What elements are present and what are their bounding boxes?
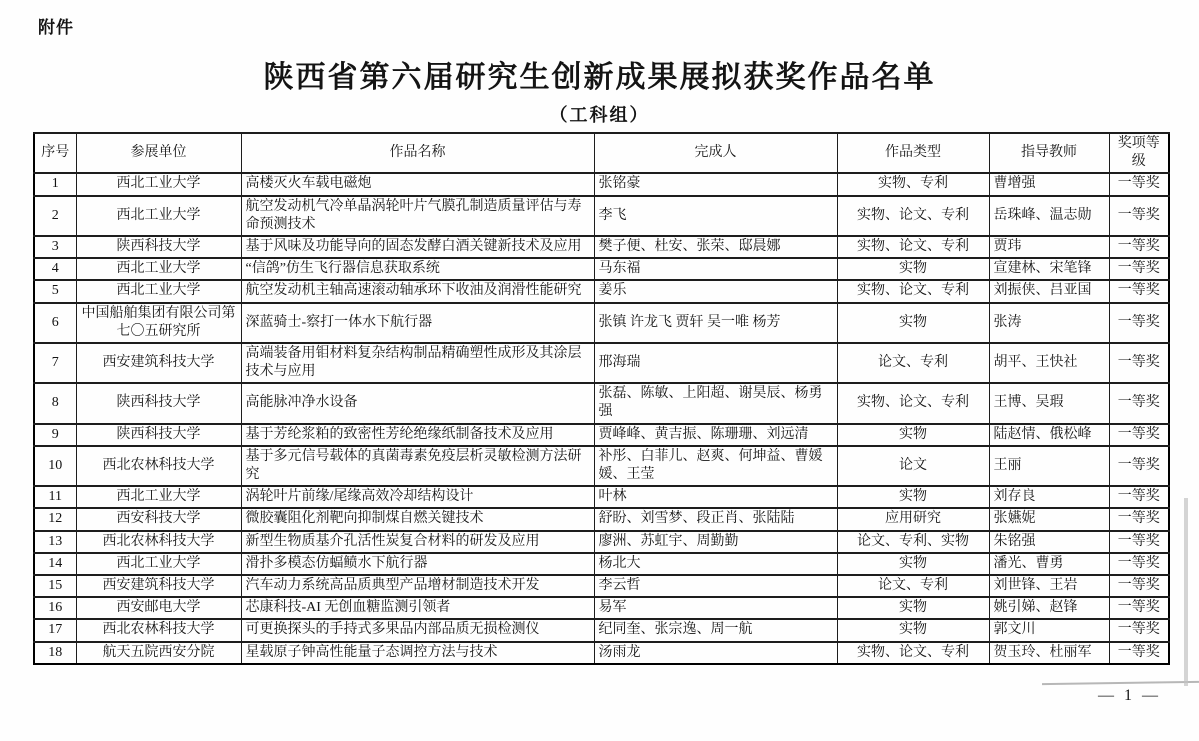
cell-type: 论文、专利 xyxy=(837,343,989,383)
cell-advisors: 刘振侠、吕亚国 xyxy=(989,280,1109,302)
cell-award: 一等奖 xyxy=(1109,553,1169,575)
awards-table: 序号 参展单位 作品名称 完成人 作品类型 指导教师 奖项等级 1西北工业大学高… xyxy=(33,132,1170,665)
cell-type: 实物 xyxy=(837,553,989,575)
table-row: 12西安科技大学微胶囊阻化剂靶向抑制煤自燃关键技术舒盼、刘雪梦、段正肖、张陆陆应… xyxy=(34,508,1169,530)
cell-advisors: 曹增强 xyxy=(989,173,1109,195)
cell-unit: 西北工业大学 xyxy=(76,486,241,508)
cell-award: 一等奖 xyxy=(1109,173,1169,195)
cell-authors: 汤雨龙 xyxy=(594,642,837,664)
column-header-unit: 参展单位 xyxy=(76,133,241,173)
cell-work: 高端装备用钼材料复杂结构制品精确塑性成形及其涂层技术与应用 xyxy=(241,343,594,383)
cell-advisors: 陆赵情、俄松峰 xyxy=(989,424,1109,446)
cell-type: 实物 xyxy=(837,619,989,641)
cell-unit: 中国船舶集团有限公司第七〇五研究所 xyxy=(76,303,241,343)
cell-unit: 西北工业大学 xyxy=(76,553,241,575)
cell-award: 一等奖 xyxy=(1109,597,1169,619)
attachment-label: 附件 xyxy=(38,13,74,38)
cell-advisors: 岳珠峰、温志勋 xyxy=(989,196,1109,236)
table-row: 11西北工业大学涡轮叶片前缘/尾缘高效冷却结构设计叶林实物刘存良一等奖 xyxy=(34,486,1169,508)
column-header-authors: 完成人 xyxy=(594,133,837,173)
cell-type: 实物 xyxy=(837,303,989,343)
cell-no: 17 xyxy=(34,619,76,641)
table-row: 4西北工业大学“信鸽”仿生飞行器信息获取系统马东福实物宣建林、宋笔锋一等奖 xyxy=(34,258,1169,280)
cell-advisors: 胡平、王快社 xyxy=(989,343,1109,383)
cell-no: 15 xyxy=(34,575,76,597)
cell-no: 11 xyxy=(34,486,76,508)
cell-type: 实物、论文、专利 xyxy=(837,196,989,236)
cell-work: 航空发动机主轴高速滚动轴承环下收油及润滑性能研究 xyxy=(241,280,594,302)
cell-type: 应用研究 xyxy=(837,508,989,530)
cell-authors: 杨北大 xyxy=(594,553,837,575)
cell-advisors: 贺玉玲、杜丽军 xyxy=(989,642,1109,664)
cell-type: 实物 xyxy=(837,597,989,619)
cell-work: 新型生物质基介孔活性炭复合材料的研发及应用 xyxy=(241,531,594,553)
table-row: 17西北农林科技大学可更换探头的手持式多果品内部品质无损检测仪纪同奎、张宗逸、周… xyxy=(34,619,1169,641)
cell-award: 一等奖 xyxy=(1109,303,1169,343)
table-row: 9陕西科技大学基于芳纶浆粕的致密性芳纶绝缘纸制备技术及应用贾峰峰、黄吉振、陈珊珊… xyxy=(34,424,1169,446)
cell-authors: 贾峰峰、黄吉振、陈珊珊、刘远清 xyxy=(594,424,837,446)
table-row: 6中国船舶集团有限公司第七〇五研究所深蓝骑士-察打一体水下航行器张镇 许龙飞 贾… xyxy=(34,303,1169,343)
cell-authors: 张磊、陈敏、上阳超、谢昊辰、杨勇强 xyxy=(594,383,837,423)
awards-table-header: 序号 参展单位 作品名称 完成人 作品类型 指导教师 奖项等级 xyxy=(34,133,1169,173)
cell-work: 基于多元信号载体的真菌毒素免疫层析灵敏检测方法研究 xyxy=(241,446,594,486)
cell-advisors: 刘世锋、王岩 xyxy=(989,575,1109,597)
cell-type: 实物、论文、专利 xyxy=(837,642,989,664)
cell-work: 星载原子钟高性能量子态调控方法与技术 xyxy=(241,642,594,664)
cell-work: 微胶囊阻化剂靶向抑制煤自燃关键技术 xyxy=(241,508,594,530)
cell-type: 实物、专利 xyxy=(837,173,989,195)
cell-award: 一等奖 xyxy=(1109,383,1169,423)
cell-advisors: 姚引娣、赵锋 xyxy=(989,597,1109,619)
cell-award: 一等奖 xyxy=(1109,575,1169,597)
cell-authors: 廖洲、苏虹宇、周勤勤 xyxy=(594,531,837,553)
cell-type: 实物 xyxy=(837,424,989,446)
cell-award: 一等奖 xyxy=(1109,258,1169,280)
cell-no: 7 xyxy=(34,343,76,383)
cell-work: 高楼灭火车载电磁炮 xyxy=(241,173,594,195)
cell-work: 汽车动力系统高品质典型产品增材制造技术开发 xyxy=(241,575,594,597)
cell-advisors: 张嬿妮 xyxy=(989,508,1109,530)
cell-type: 论文 xyxy=(837,446,989,486)
cell-no: 14 xyxy=(34,553,76,575)
cell-work: 基于芳纶浆粕的致密性芳纶绝缘纸制备技术及应用 xyxy=(241,424,594,446)
cell-no: 2 xyxy=(34,196,76,236)
table-row: 8陕西科技大学高能脉冲净水设备张磊、陈敏、上阳超、谢昊辰、杨勇强实物、论文、专利… xyxy=(34,383,1169,423)
cell-authors: 马东福 xyxy=(594,258,837,280)
group-subtitle: （工科组） xyxy=(0,101,1199,127)
cell-unit: 西安科技大学 xyxy=(76,508,241,530)
column-header-advisors: 指导教师 xyxy=(989,133,1109,173)
cell-no: 6 xyxy=(34,303,76,343)
column-header-work: 作品名称 xyxy=(241,133,594,173)
table-row: 3陕西科技大学基于风味及功能导向的固态发酵白酒关键新技术及应用樊子便、杜安、张荣… xyxy=(34,236,1169,258)
cell-authors: 张铭豪 xyxy=(594,173,837,195)
cell-advisors: 郭文川 xyxy=(989,619,1109,641)
cell-award: 一等奖 xyxy=(1109,343,1169,383)
cell-work: 深蓝骑士-察打一体水下航行器 xyxy=(241,303,594,343)
cell-no: 8 xyxy=(34,383,76,423)
cell-authors: 李飞 xyxy=(594,196,837,236)
cell-unit: 西北工业大学 xyxy=(76,258,241,280)
table-row: 13西北农林科技大学新型生物质基介孔活性炭复合材料的研发及应用廖洲、苏虹宇、周勤… xyxy=(34,531,1169,553)
cell-no: 1 xyxy=(34,173,76,195)
cell-work: 芯康科技-AI 无创血糖监测引领者 xyxy=(241,597,594,619)
cell-type: 实物 xyxy=(837,258,989,280)
cell-unit: 西安建筑科技大学 xyxy=(76,343,241,383)
cell-unit: 西北工业大学 xyxy=(76,196,241,236)
column-header-type: 作品类型 xyxy=(837,133,989,173)
cell-work: 航空发动机气冷单晶涡轮叶片气膜孔制造质量评估与寿命预测技术 xyxy=(241,196,594,236)
cell-type: 实物、论文、专利 xyxy=(837,383,989,423)
cell-award: 一等奖 xyxy=(1109,642,1169,664)
cell-unit: 陕西科技大学 xyxy=(76,383,241,423)
table-row: 18航天五院西安分院星载原子钟高性能量子态调控方法与技术汤雨龙实物、论文、专利贺… xyxy=(34,642,1169,664)
cell-no: 3 xyxy=(34,236,76,258)
cell-no: 4 xyxy=(34,258,76,280)
header-row: 序号 参展单位 作品名称 完成人 作品类型 指导教师 奖项等级 xyxy=(34,133,1169,173)
cell-award: 一等奖 xyxy=(1109,280,1169,302)
table-row: 1西北工业大学高楼灭火车载电磁炮张铭豪实物、专利曹增强一等奖 xyxy=(34,173,1169,195)
scan-artifact-line xyxy=(1042,681,1199,685)
column-header-award: 奖项等级 xyxy=(1109,133,1169,173)
cell-no: 18 xyxy=(34,642,76,664)
cell-authors: 李云哲 xyxy=(594,575,837,597)
cell-no: 9 xyxy=(34,424,76,446)
cell-award: 一等奖 xyxy=(1109,446,1169,486)
cell-type: 实物 xyxy=(837,486,989,508)
cell-unit: 西北工业大学 xyxy=(76,173,241,195)
cell-award: 一等奖 xyxy=(1109,531,1169,553)
awards-table-body: 1西北工业大学高楼灭火车载电磁炮张铭豪实物、专利曹增强一等奖2西北工业大学航空发… xyxy=(34,173,1169,663)
cell-advisors: 潘光、曹勇 xyxy=(989,553,1109,575)
cell-authors: 叶林 xyxy=(594,486,837,508)
cell-advisors: 王博、吴瑕 xyxy=(989,383,1109,423)
cell-unit: 西北农林科技大学 xyxy=(76,531,241,553)
cell-award: 一等奖 xyxy=(1109,236,1169,258)
cell-authors: 纪同奎、张宗逸、周一航 xyxy=(594,619,837,641)
cell-authors: 舒盼、刘雪梦、段正肖、张陆陆 xyxy=(594,508,837,530)
cell-award: 一等奖 xyxy=(1109,619,1169,641)
scan-edge-artifact xyxy=(1184,498,1188,686)
cell-advisors: 朱铭强 xyxy=(989,531,1109,553)
cell-work: 高能脉冲净水设备 xyxy=(241,383,594,423)
cell-unit: 西安建筑科技大学 xyxy=(76,575,241,597)
table-row: 5西北工业大学航空发动机主轴高速滚动轴承环下收油及润滑性能研究姜乐实物、论文、专… xyxy=(34,280,1169,302)
cell-advisors: 宣建林、宋笔锋 xyxy=(989,258,1109,280)
table-row: 16西安邮电大学芯康科技-AI 无创血糖监测引领者易军实物姚引娣、赵锋一等奖 xyxy=(34,597,1169,619)
table-row: 14西北工业大学滑扑多模态仿蝠鲼水下航行器杨北大实物潘光、曹勇一等奖 xyxy=(34,553,1169,575)
cell-type: 论文、专利 xyxy=(837,575,989,597)
cell-work: 涡轮叶片前缘/尾缘高效冷却结构设计 xyxy=(241,486,594,508)
cell-authors: 张镇 许龙飞 贾轩 吴一唯 杨芳 xyxy=(594,303,837,343)
cell-advisors: 贾玮 xyxy=(989,236,1109,258)
cell-award: 一等奖 xyxy=(1109,424,1169,446)
cell-unit: 陕西科技大学 xyxy=(76,236,241,258)
cell-unit: 西北工业大学 xyxy=(76,280,241,302)
cell-unit: 西北农林科技大学 xyxy=(76,446,241,486)
cell-unit: 陕西科技大学 xyxy=(76,424,241,446)
table-row: 10西北农林科技大学基于多元信号载体的真菌毒素免疫层析灵敏检测方法研究补彤、白菲… xyxy=(34,446,1169,486)
document-page: 附件 陕西省第六届研究生创新成果展拟获奖作品名单 （工科组） 序号 参展单位 作… xyxy=(0,0,1199,741)
cell-type: 实物、论文、专利 xyxy=(837,280,989,302)
cell-work: 可更换探头的手持式多果品内部品质无损检测仪 xyxy=(241,619,594,641)
cell-authors: 补彤、白菲儿、赵爽、何坤益、曹媛媛、王莹 xyxy=(594,446,837,486)
cell-advisors: 王丽 xyxy=(989,446,1109,486)
cell-no: 13 xyxy=(34,531,76,553)
cell-award: 一等奖 xyxy=(1109,486,1169,508)
cell-advisors: 张涛 xyxy=(989,303,1109,343)
cell-unit: 西北农林科技大学 xyxy=(76,619,241,641)
cell-no: 16 xyxy=(34,597,76,619)
cell-type: 论文、专利、实物 xyxy=(837,531,989,553)
table-row: 15西安建筑科技大学汽车动力系统高品质典型产品增材制造技术开发李云哲论文、专利刘… xyxy=(34,575,1169,597)
cell-authors: 邢海瑞 xyxy=(594,343,837,383)
cell-unit: 航天五院西安分院 xyxy=(76,642,241,664)
page-title: 陕西省第六届研究生创新成果展拟获奖作品名单 xyxy=(0,52,1199,96)
column-header-no: 序号 xyxy=(34,133,76,173)
cell-type: 实物、论文、专利 xyxy=(837,236,989,258)
table-row: 2西北工业大学航空发动机气冷单晶涡轮叶片气膜孔制造质量评估与寿命预测技术李飞实物… xyxy=(34,196,1169,236)
cell-authors: 姜乐 xyxy=(594,280,837,302)
cell-work: 基于风味及功能导向的固态发酵白酒关键新技术及应用 xyxy=(241,236,594,258)
cell-no: 10 xyxy=(34,446,76,486)
cell-award: 一等奖 xyxy=(1109,196,1169,236)
table-row: 7西安建筑科技大学高端装备用钼材料复杂结构制品精确塑性成形及其涂层技术与应用邢海… xyxy=(34,343,1169,383)
page-number: — 1 — xyxy=(1098,687,1161,705)
cell-authors: 易军 xyxy=(594,597,837,619)
cell-no: 5 xyxy=(34,280,76,302)
cell-work: 滑扑多模态仿蝠鲼水下航行器 xyxy=(241,553,594,575)
cell-work: “信鸽”仿生飞行器信息获取系统 xyxy=(241,258,594,280)
cell-authors: 樊子便、杜安、张荣、邸晨娜 xyxy=(594,236,837,258)
cell-award: 一等奖 xyxy=(1109,508,1169,530)
cell-advisors: 刘存良 xyxy=(989,486,1109,508)
cell-unit: 西安邮电大学 xyxy=(76,597,241,619)
cell-no: 12 xyxy=(34,508,76,530)
